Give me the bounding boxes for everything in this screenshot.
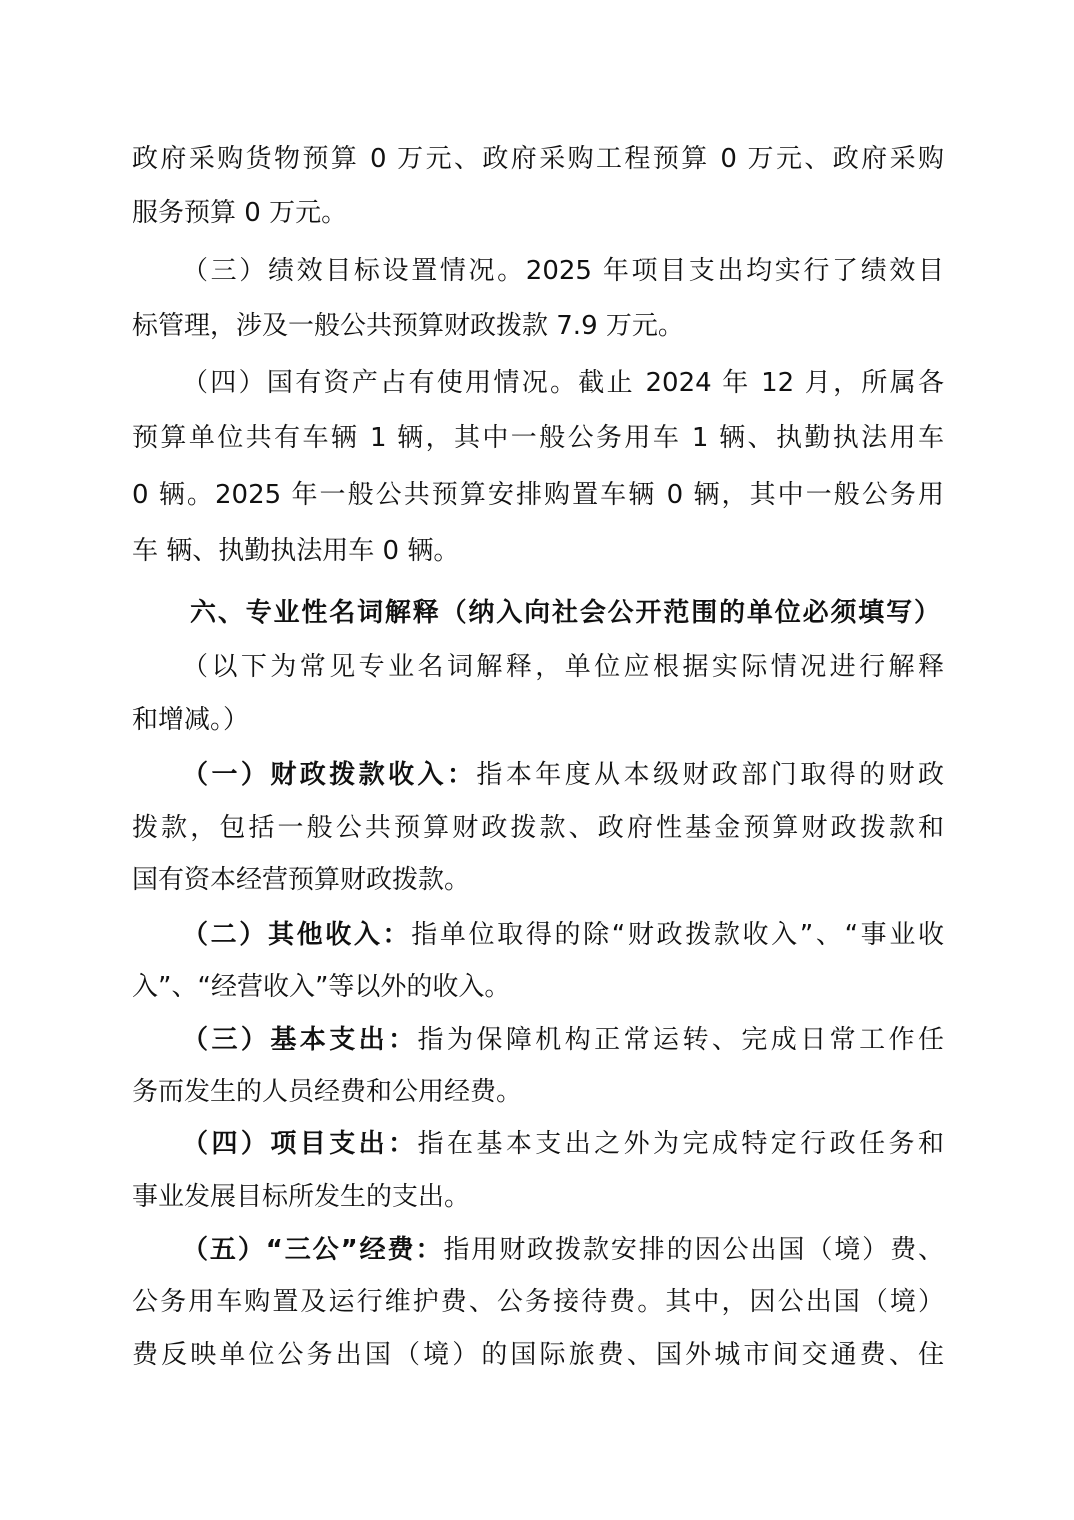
definition-first-line: （二）其他收入：指单位取得的除“财政拨款收入”、“事业收 bbox=[182, 918, 944, 952]
paragraph-line: （四）国有资产占有使用情况。截止 2024 年 12 月，所属各 bbox=[182, 366, 944, 400]
definition-line: 入”、“经营收入”等以外的收入。 bbox=[132, 970, 944, 1004]
paragraph-line: 车 辆、执勤执法用车 0 辆。 bbox=[132, 534, 944, 568]
paragraph-line: 预算单位共有车辆 1 辆，其中一般公务用车 1 辆、执勤执法用车 bbox=[132, 421, 944, 455]
definition-text: 指用财政拨款安排的因公出国（境）费、 bbox=[443, 1235, 944, 1265]
definition-text: 指为保障机构正常运转、完成日常工作任 bbox=[418, 1025, 944, 1055]
definition-text: 指在基本支出之外为完成特定行政任务和 bbox=[418, 1129, 944, 1159]
document-page: 政府采购货物预算 0 万元、政府采购工程预算 0 万元、政府采购 服务预算 0 … bbox=[0, 0, 1074, 1520]
definition-term: （一）财政拨款收入： bbox=[182, 760, 476, 790]
definition-first-line: （五）“三公”经费：指用财政拨款安排的因公出国（境）费、 bbox=[182, 1233, 944, 1267]
paragraph-line: 0 辆。2025 年一般公共预算安排购置车辆 0 辆，其中一般公务用 bbox=[132, 478, 944, 512]
definition-term: （二）其他收入： bbox=[182, 920, 411, 950]
definition-term: （四）项目支出： bbox=[182, 1129, 418, 1159]
paragraph-line: 服务预算 0 万元。 bbox=[132, 196, 944, 230]
definition-line: 拨款，包括一般公共预算财政拨款、政府性基金预算财政拨款和 bbox=[132, 811, 944, 845]
definition-line: 务而发生的人员经费和公用经费。 bbox=[132, 1075, 944, 1109]
paragraph-line: （三）绩效目标设置情况。2025 年项目支出均实行了绩效目 bbox=[182, 254, 944, 288]
definition-first-line: （三）基本支出：指为保障机构正常运转、完成日常工作任 bbox=[182, 1023, 944, 1057]
definition-first-line: （四）项目支出：指在基本支出之外为完成特定行政任务和 bbox=[182, 1127, 944, 1161]
definition-term: （五）“三公”经费： bbox=[182, 1235, 443, 1265]
definition-term: （三）基本支出： bbox=[182, 1025, 418, 1055]
section-heading: 六、专业性名词解释（纳入向社会公开范围的单位必须填写） bbox=[190, 596, 940, 630]
definition-line: 国有资本经营预算财政拨款。 bbox=[132, 863, 944, 897]
paragraph-line: 标管理，涉及一般公共预算财政拨款 7.9 万元。 bbox=[132, 309, 944, 343]
definition-line: 费反映单位公务出国（境）的国际旅费、国外城市间交通费、住 bbox=[132, 1338, 944, 1372]
definition-text: 指单位取得的除“财政拨款收入”、“事业收 bbox=[411, 920, 944, 950]
paragraph-line: 政府采购货物预算 0 万元、政府采购工程预算 0 万元、政府采购 bbox=[132, 142, 944, 176]
definition-first-line: （一）财政拨款收入：指本年度从本级财政部门取得的财政 bbox=[182, 758, 944, 792]
section-note-line: （以下为常见专业名词解释，单位应根据实际情况进行解释 bbox=[182, 650, 944, 684]
definition-text: 指本年度从本级财政部门取得的财政 bbox=[476, 760, 944, 790]
section-note-line: 和增减。） bbox=[132, 703, 944, 737]
definition-line: 公务用车购置及运行维护费、公务接待费。其中，因公出国（境） bbox=[132, 1285, 944, 1319]
definition-line: 事业发展目标所发生的支出。 bbox=[132, 1180, 944, 1214]
